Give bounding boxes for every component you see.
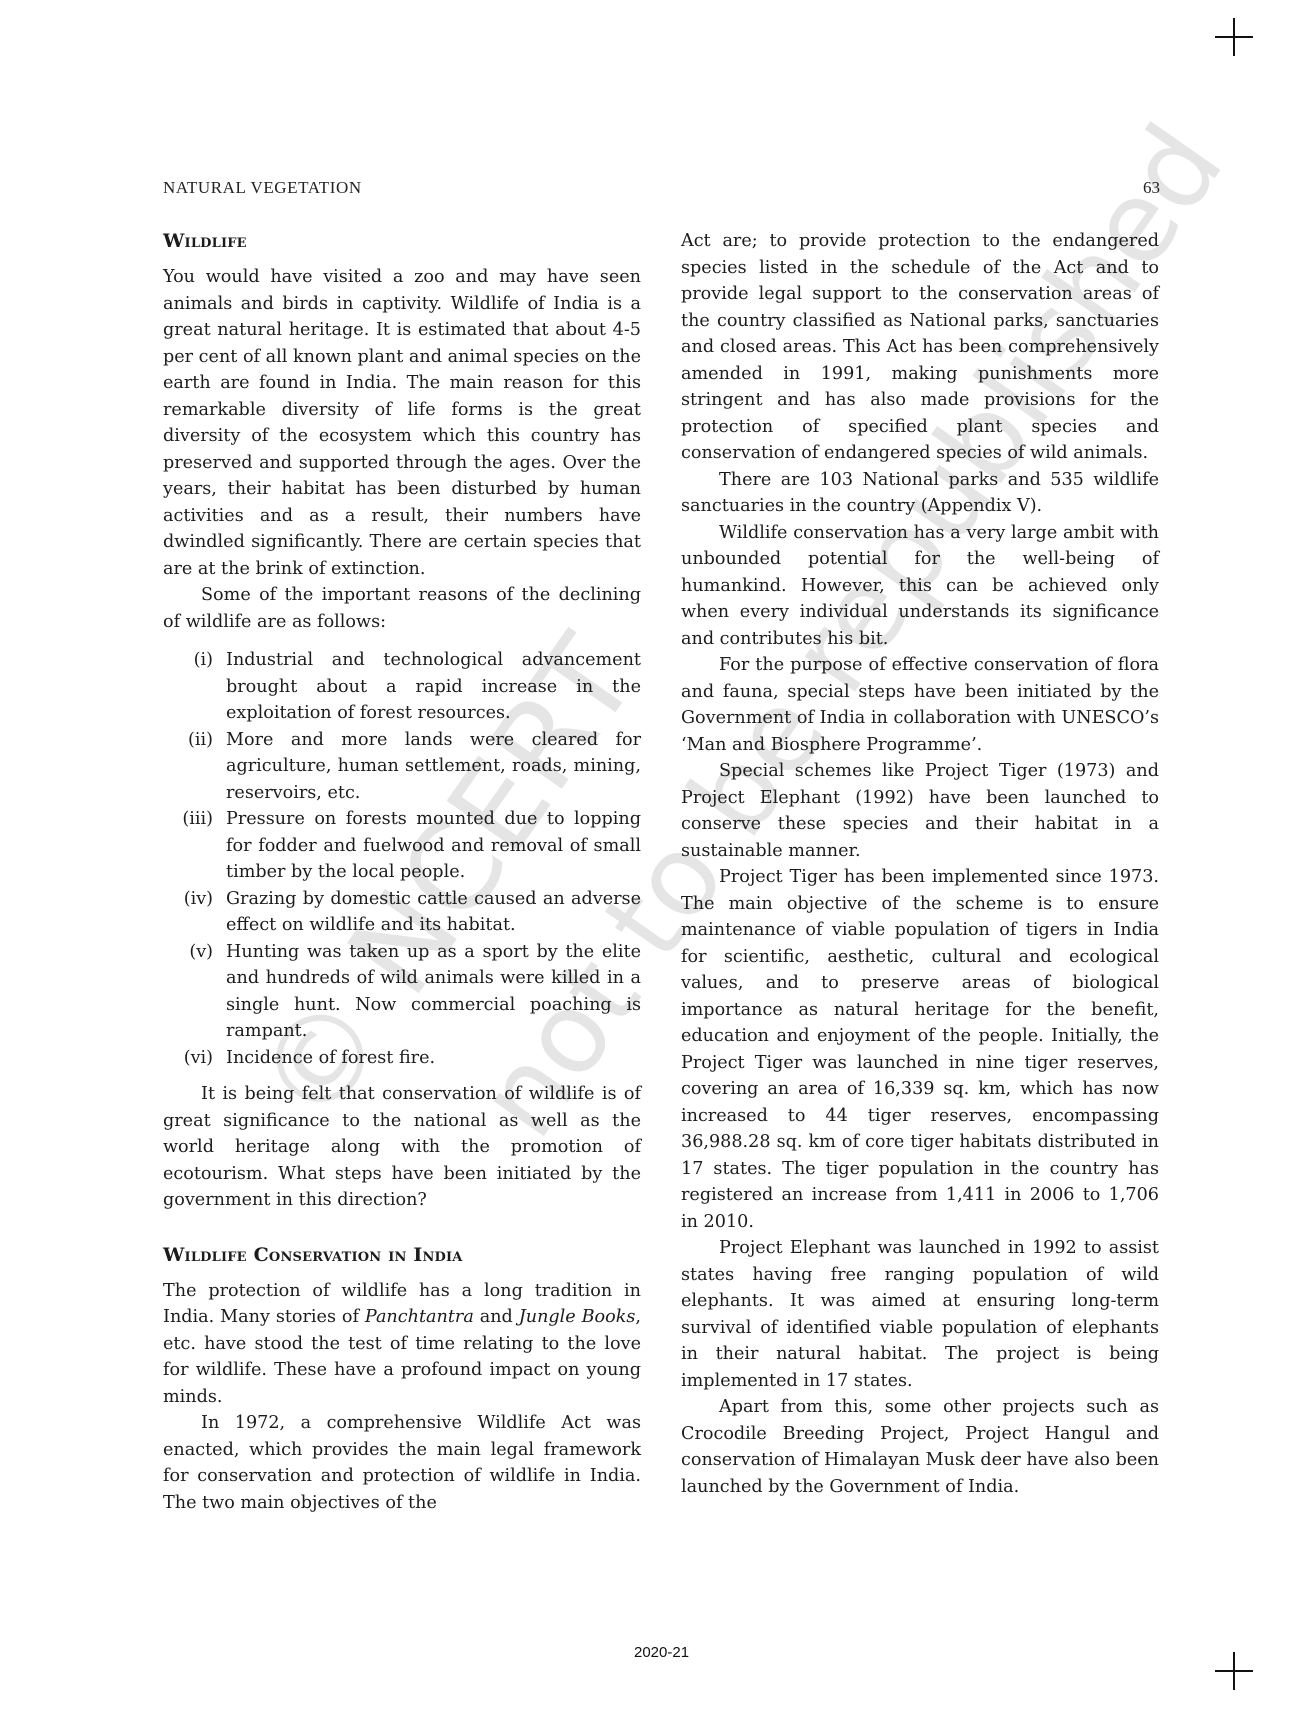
list-item: (ii)More and more lands were cleared for…: [163, 727, 641, 807]
paragraph: The protection of wildlife has a long tr…: [163, 1278, 641, 1411]
paragraph: Special schemes like Project Tiger (1973…: [681, 758, 1159, 864]
paragraph: There are 103 National parks and 535 wil…: [681, 467, 1159, 520]
crop-mark-bottom-right-icon: [1215, 1652, 1253, 1690]
running-title: NATURAL VEGETATION: [163, 178, 362, 198]
list-item: (iii)Pressure on forests mounted due to …: [163, 806, 641, 886]
paragraph: Project Elephant was launched in 1992 to…: [681, 1235, 1159, 1394]
list-item-text: Grazing by domestic cattle caused an adv…: [226, 889, 641, 936]
list-item-text: Hunting was taken up as a sport by the e…: [226, 942, 641, 1042]
paragraph: Some of the important reasons of the dec…: [163, 582, 641, 635]
list-item-text: Pressure on forests mounted due to loppi…: [226, 809, 641, 882]
list-item: (iv)Grazing by domestic cattle caused an…: [163, 886, 641, 939]
list-item-number: (vi): [163, 1045, 213, 1072]
section-heading-wildlife-conservation: Wildlife Conservation in India: [163, 1242, 641, 1268]
section-heading-wildlife: Wildlife: [163, 228, 641, 254]
list-item-number: (ii): [163, 727, 213, 754]
paragraph: Act are; to provide protection to the en…: [681, 228, 1159, 467]
crop-mark-top-right-icon: [1215, 18, 1253, 56]
italic-title-panchtantra: Panchtantra: [365, 1307, 474, 1327]
list-item-number: (iv): [163, 886, 213, 913]
paragraph: Apart from this, some other projects suc…: [681, 1394, 1159, 1500]
list-item-number: (v): [163, 939, 213, 966]
paragraph: Project Tiger has been implemented since…: [681, 864, 1159, 1235]
paragraph: For the purpose of effective conservatio…: [681, 652, 1159, 758]
list-item-number: (iii): [163, 806, 213, 833]
list-item: (v)Hunting was taken up as a sport by th…: [163, 939, 641, 1045]
list-item-text: Incidence of forest fire.: [226, 1048, 435, 1068]
left-column: Wildlife You would have visited a zoo an…: [163, 228, 641, 1516]
paragraph: In 1972, a comprehensive Wildlife Act wa…: [163, 1410, 641, 1516]
italic-title-jungle-books: Jungle Books: [519, 1307, 636, 1327]
paragraph: Wildlife conservation has a very large a…: [681, 520, 1159, 653]
list-item: (vi)Incidence of forest fire.: [163, 1045, 641, 1072]
list-item-text: Industrial and technological advancement…: [226, 650, 641, 723]
list-item: (i)Industrial and technological advancem…: [163, 647, 641, 727]
list-item-number: (i): [163, 647, 213, 674]
footer-year: 2020-21: [634, 1644, 689, 1661]
page-number: 63: [1143, 178, 1160, 198]
right-column: Act are; to provide protection to the en…: [681, 228, 1159, 1500]
reasons-list: (i)Industrial and technological advancem…: [163, 647, 641, 1071]
paragraph: It is being felt that conservation of wi…: [163, 1081, 641, 1214]
text-run: and: [474, 1307, 519, 1327]
paragraph: You would have visited a zoo and may hav…: [163, 264, 641, 582]
list-item-text: More and more lands were cleared for agr…: [226, 730, 641, 803]
